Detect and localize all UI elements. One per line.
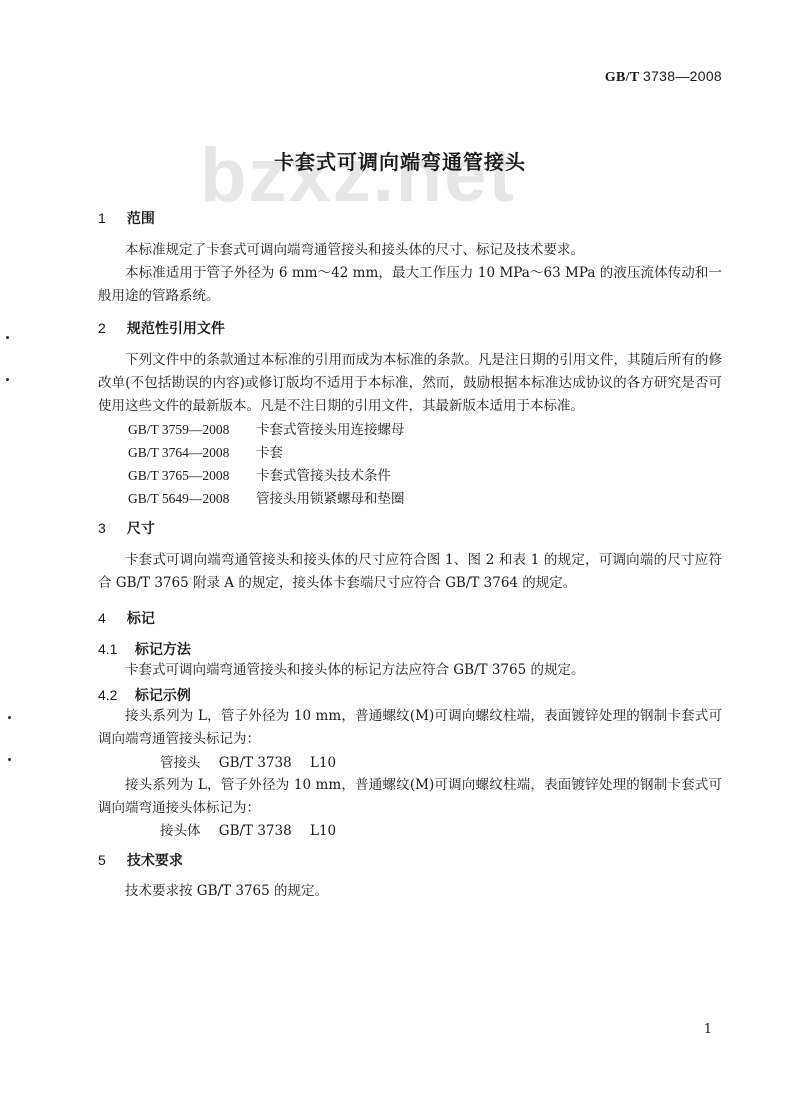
section-title: 标记示例 [135, 688, 191, 704]
reference-item: GB/T 3759—2008卡套式管接头用连接螺母 [128, 418, 405, 438]
marking-code: L10 [310, 755, 336, 771]
section-5-heading: 5 技术要求 [98, 850, 183, 870]
section-title: 标记 [127, 611, 155, 627]
section-4-1-heading: 4.1 标记方法 [98, 639, 191, 659]
reference-code: GB/T 3764—2008 [128, 445, 256, 461]
reference-title: 卡套 [256, 445, 283, 461]
standard-number: GB/T 3738—2008 [605, 68, 722, 86]
marking-standard: GB/T 3738 [219, 755, 292, 771]
section-1-heading: 1 范围 [98, 208, 155, 228]
marking-label: 管接头 [160, 755, 201, 771]
standard-prefix: GB/T [605, 70, 639, 85]
section-5-para-1: 技术要求按 GB/T 3765 的规定。 [98, 880, 722, 903]
page-number: 1 [704, 1022, 712, 1037]
section-title: 技术要求 [127, 853, 183, 869]
reference-item: GB/T 5649—2008管接头用锁紧螺母和垫圈 [128, 487, 405, 507]
document-title: 卡套式可调向端弯通管接头 [0, 146, 800, 175]
marking-label: 接头体 [160, 823, 201, 839]
reference-item: GB/T 3765—2008卡套式管接头技术条件 [128, 464, 391, 484]
section-title: 尺寸 [127, 521, 155, 537]
reference-item: GB/T 3764—2008卡套 [128, 441, 283, 461]
marking-code: L10 [310, 823, 336, 839]
section-number: 2 [98, 320, 122, 336]
section-number: 4.2 [98, 687, 130, 703]
scan-artifact [6, 336, 9, 339]
section-4-1-para-1: 卡套式可调向端弯通管接头和接头体的标记方法应符合 GB/T 3765 的规定。 [98, 659, 722, 682]
section-title: 范围 [127, 211, 155, 227]
marking-standard: GB/T 3738 [219, 823, 292, 839]
scan-artifact [8, 758, 11, 761]
section-number: 4 [98, 610, 122, 626]
scan-artifact [6, 378, 9, 381]
section-4-heading: 4 标记 [98, 608, 155, 628]
marking-example-2: 接头体 GB/T 3738 L10 [160, 819, 350, 839]
scan-artifact [8, 716, 11, 719]
section-4-2-heading: 4.2 标记示例 [98, 685, 191, 705]
reference-title: 管接头用锁紧螺母和垫圈 [256, 491, 405, 507]
reference-code: GB/T 3765—2008 [128, 468, 256, 484]
reference-title: 卡套式管接头技术条件 [256, 468, 391, 484]
section-3-para-1: 卡套式可调向端弯通管接头和接头体的尺寸应符合图 1、图 2 和表 1 的规定，可… [98, 549, 722, 595]
standard-code: 3738—2008 [643, 68, 722, 84]
reference-code: GB/T 3759—2008 [128, 422, 256, 438]
section-title: 规范性引用文件 [127, 321, 225, 337]
section-4-2-para-1: 接头系列为 L，管子外径为 10 mm，普通螺纹(M)可调向螺纹柱端，表面镀锌处… [98, 705, 722, 751]
reference-title: 卡套式管接头用连接螺母 [256, 422, 405, 438]
document-page: GB/T 3738—2008 bzxz.net 卡套式可调向端弯通管接头 1 范… [0, 0, 800, 1096]
section-4-2-para-2: 接头系列为 L，管子外径为 10 mm，普通螺纹(M)可调向螺纹柱端，表面镀锌处… [98, 774, 722, 820]
section-1-para-1: 本标准规定了卡套式可调向端弯通管接头和接头体的尺寸、标记及技术要求。 [98, 239, 722, 262]
marking-example-1: 管接头 GB/T 3738 L10 [160, 751, 350, 771]
section-3-heading: 3 尺寸 [98, 518, 155, 538]
section-number: 1 [98, 210, 122, 226]
section-2-para-1: 下列文件中的条款通过本标准的引用而成为本标准的条款。凡是注日期的引用文件，其随后… [98, 349, 722, 418]
section-title: 标记方法 [135, 642, 191, 658]
section-2-heading: 2 规范性引用文件 [98, 318, 225, 338]
section-1-para-2: 本标准适用于管子外径为 6 mm～42 mm，最大工作压力 10 MPa～63 … [98, 262, 722, 308]
section-number: 3 [98, 520, 122, 536]
section-number: 5 [98, 852, 122, 868]
reference-code: GB/T 5649—2008 [128, 491, 256, 507]
section-number: 4.1 [98, 641, 130, 657]
